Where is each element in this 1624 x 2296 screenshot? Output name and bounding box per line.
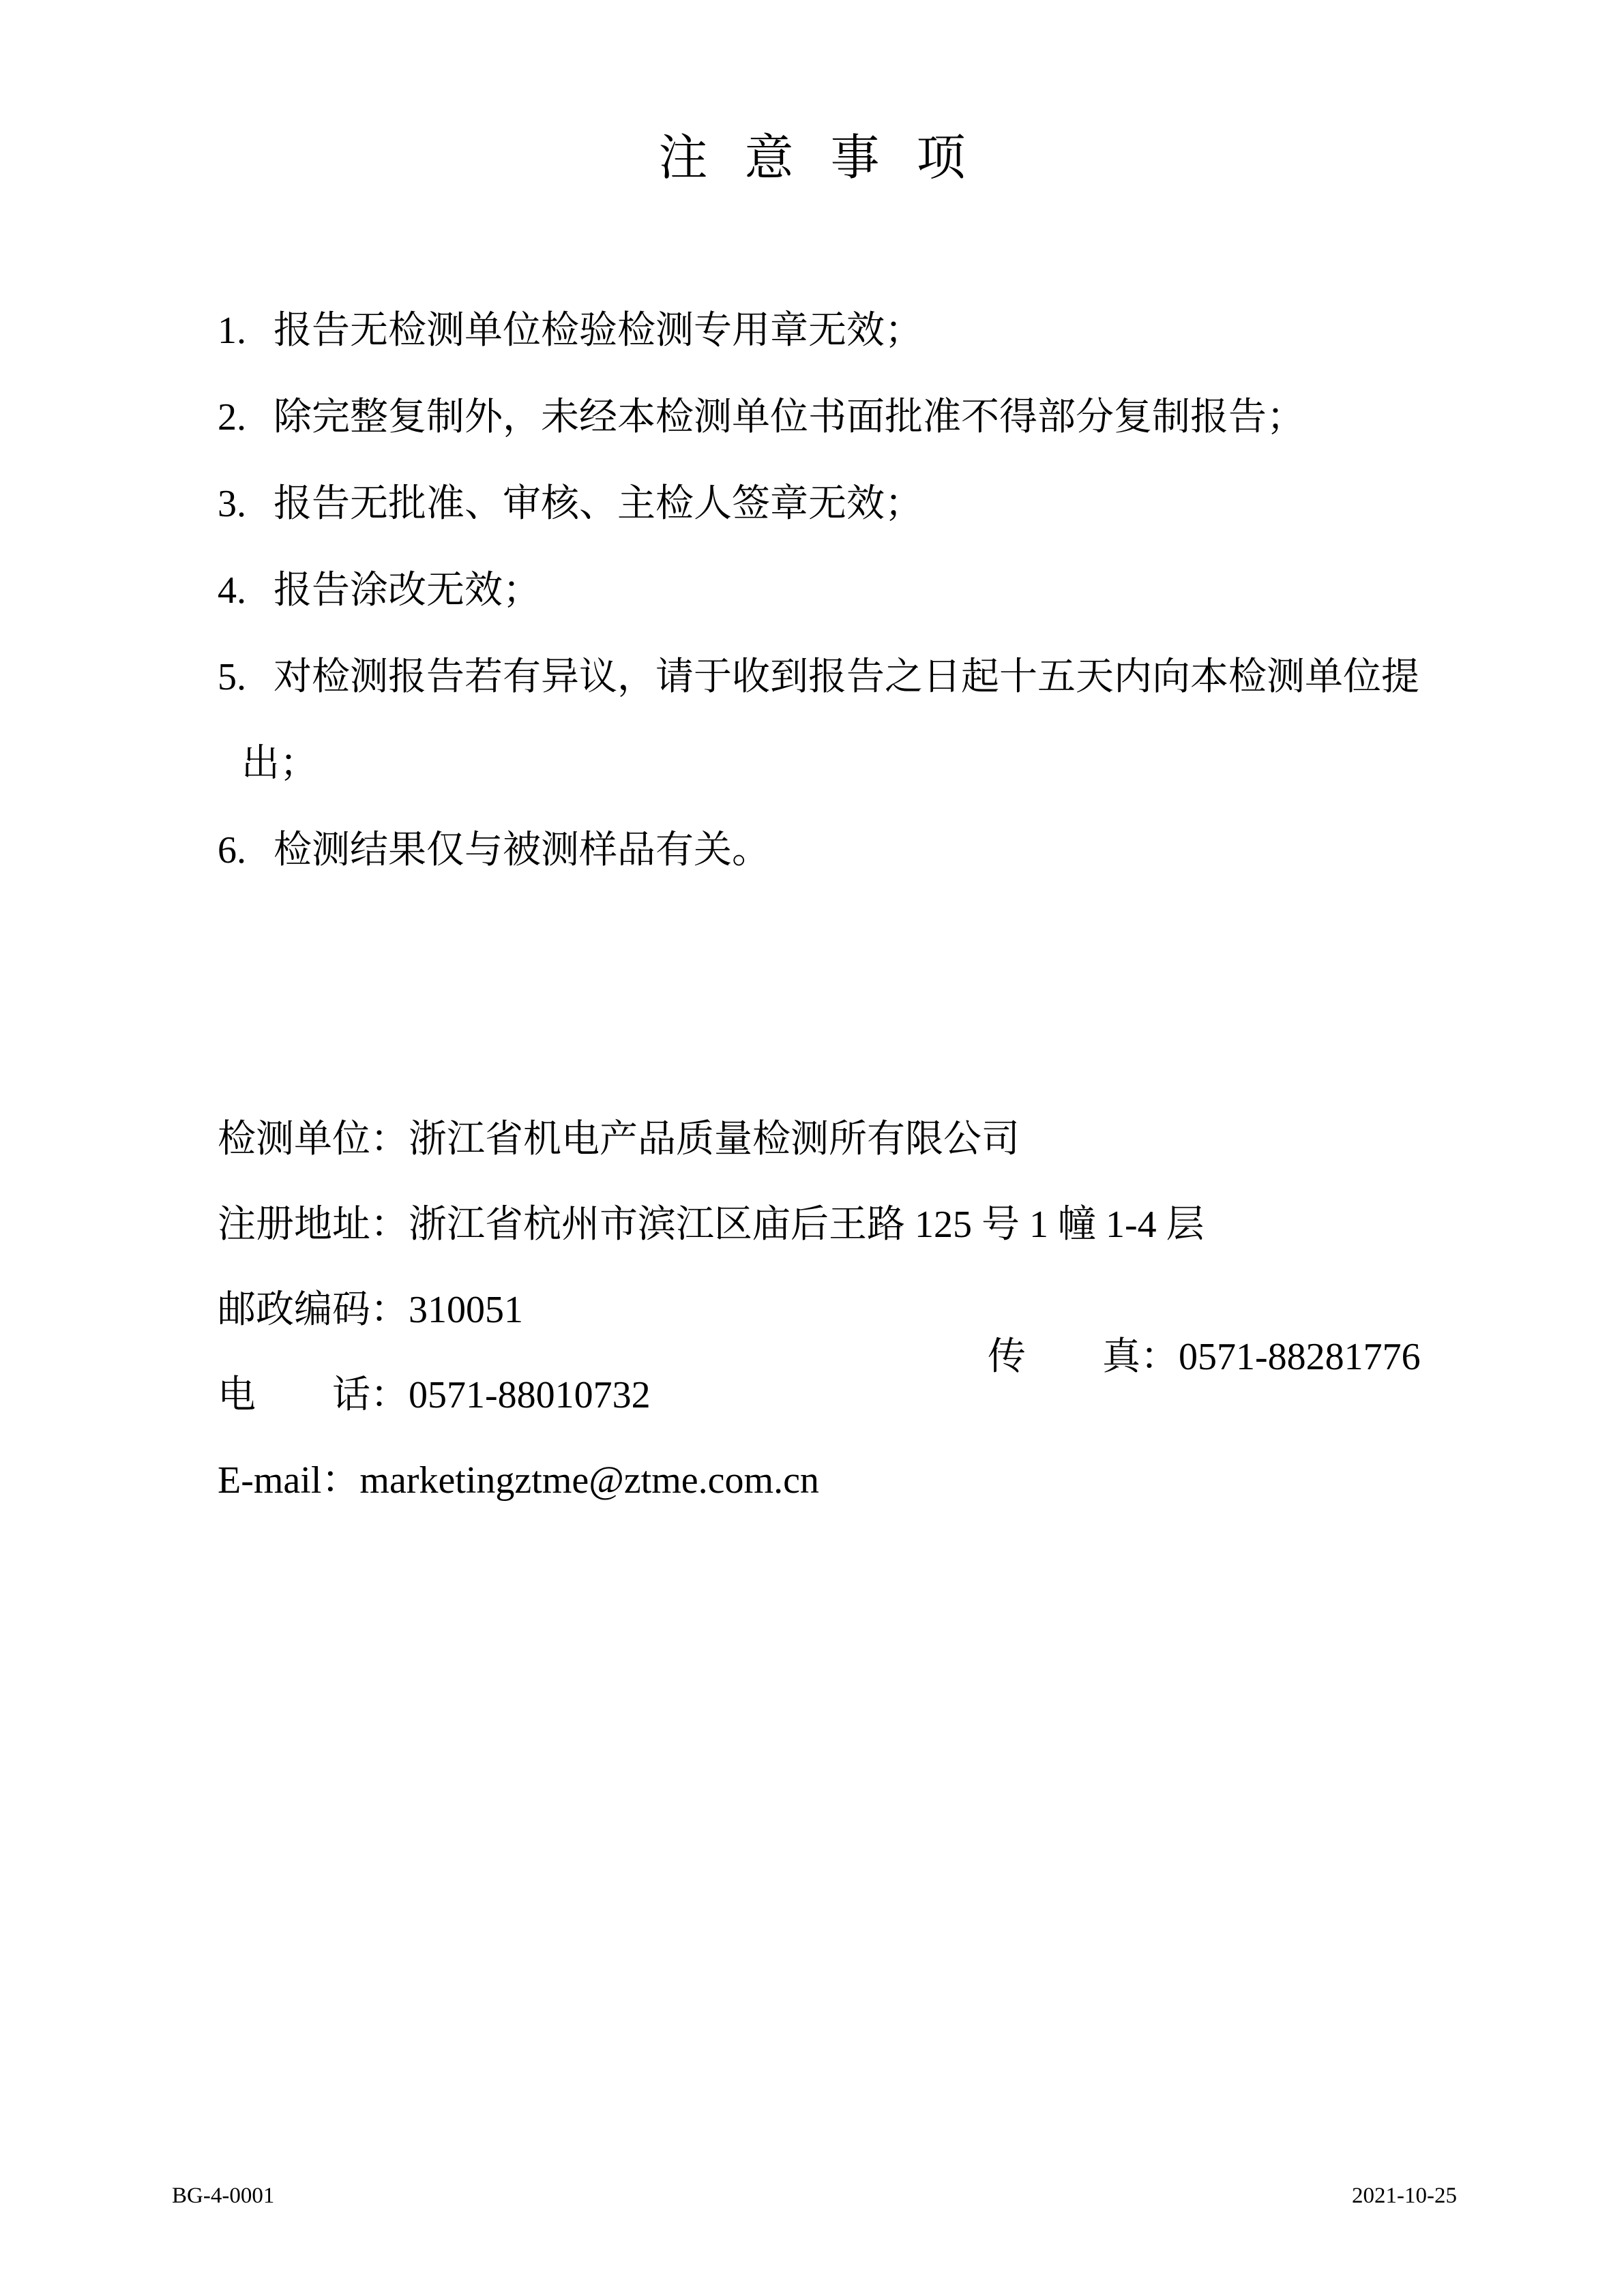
notice-page: 注 意 事 项 1.报告无检测单位检验检测专用章无效； 2.除完整复制外，未经本… <box>0 0 1624 2296</box>
note-text-1: 报告无检测单位检验检测专用章无效； <box>274 310 923 352</box>
note-number-2: 2. <box>218 398 274 436</box>
note-number-5: 5. <box>218 658 274 696</box>
footer-date: 2021-10-25 <box>1352 2185 1457 2207</box>
phone-value: 0571-88010732 <box>409 1374 651 1416</box>
note-number-1: 1. <box>218 312 274 350</box>
note-text-2: 除完整复制外，未经本检测单位书面批准不得部分复制报告； <box>274 396 1305 438</box>
phone-label: 电 话： <box>218 1374 409 1416</box>
email-value: marketingztme@ztme.com.cn <box>359 1459 819 1502</box>
fax-label: 传 真： <box>988 1336 1179 1378</box>
fax-group: 传 真：0571-88281776 <box>988 1338 1421 1376</box>
registered-address-label: 注册地址： <box>218 1204 409 1246</box>
note-item-6: 6.检测结果仅与被测样品有关。 <box>179 793 770 908</box>
note-text-5: 对检测报告若有异议，请于收到报告之日起十五天内向本检测单位提 <box>274 656 1419 698</box>
footer-doc-code: BG-4-0001 <box>172 2185 274 2207</box>
page-title: 注 意 事 项 <box>0 134 1624 183</box>
note-number-3: 3. <box>218 485 274 523</box>
note-number-4: 4. <box>218 571 274 610</box>
testing-unit-value: 浙江省机电产品质量检测所有限公司 <box>409 1118 1020 1161</box>
email-line: E-mail：marketingztme@ztme.com.cn <box>179 1423 819 1538</box>
note-text-5-cont: 出； <box>241 743 318 785</box>
note-number-6: 6. <box>218 831 274 869</box>
note-text-6: 检测结果仅与被测样品有关。 <box>274 829 770 871</box>
postcode-value: 310051 <box>409 1289 523 1331</box>
postcode-label: 邮政编码： <box>218 1289 409 1331</box>
email-label: E-mail： <box>218 1459 359 1502</box>
testing-unit-label: 检测单位： <box>218 1118 409 1161</box>
fax-value: 0571-88281776 <box>1179 1336 1421 1378</box>
registered-address-value: 浙江省杭州市滨江区庙后王路 125 号 1 幢 1-4 层 <box>409 1204 1205 1246</box>
note-text-4: 报告涂改无效； <box>274 569 541 612</box>
note-item-5: 5.对检测报告若有异议，请于收到报告之日起十五天内向本检测单位提 <box>179 620 1419 734</box>
note-text-3: 报告无批准、审核、主检人签章无效； <box>274 483 923 525</box>
